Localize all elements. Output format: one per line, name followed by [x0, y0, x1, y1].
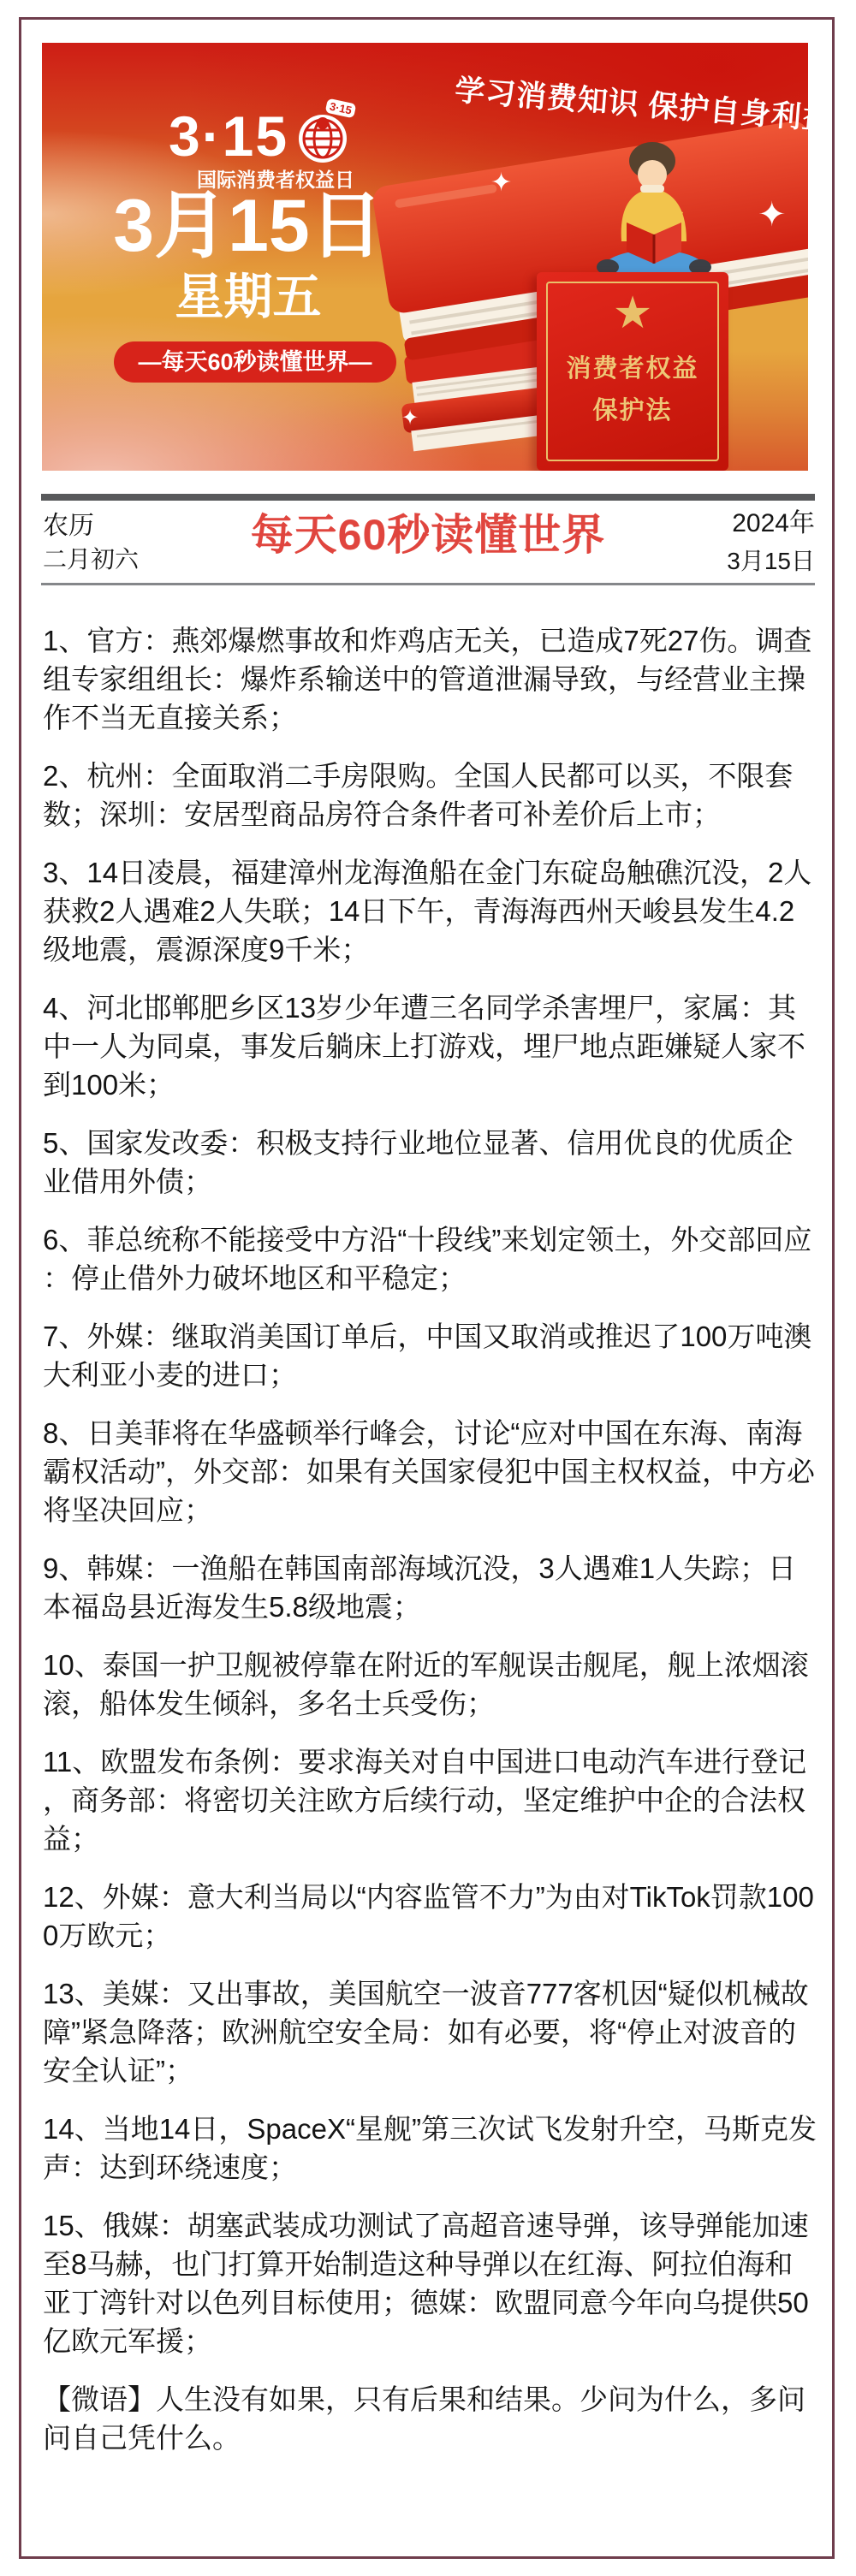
news-item-7: 7、外媒：继取消美国订单后，中国又取消或推迟了100万吨澳大利亚小麦的进口；: [43, 1317, 818, 1394]
news-list: 1、官方：燕郊爆燃事故和炸鸡店无关，已造成7死27伤。调查组专家组组长：爆炸系输…: [43, 621, 818, 2477]
315-logo: 3·15 3·15: [169, 108, 350, 164]
banner-tagline-pill: —每天60秒读懂世界—: [114, 341, 396, 383]
news-item-11: 11、欧盟发布条例：要求海关对自中国进口电动汽车进行登记，商务部：将密切关注欧方…: [43, 1742, 818, 1858]
news-item-9: 9、韩媒：一渔船在韩国南部海域沉没，3人遇难1人失踪；日本福岛县近海发生5.8级…: [43, 1549, 818, 1626]
year-label: 2024年: [732, 502, 815, 539]
daily-quote: 【微语】人生没有如果，只有后果和结果。少问为什么，多问问自己凭什么。: [43, 2380, 818, 2457]
date-label: 3月15日: [727, 543, 815, 577]
sparkle-icon: ✦: [490, 168, 512, 198]
band-bottom-rule: [41, 583, 815, 585]
news-item-2: 2、杭州：全面取消二手房限购。全国人民都可以买，不限套数；深圳：安居型商品房符合…: [43, 757, 818, 834]
banner: 学习消费知识 保护自身利益 3·15 3·15 国际消费者权益日 3月15日 星…: [42, 43, 808, 471]
news-item-10: 10、泰国一护卫舰被停靠在附近的军舰误击舰尾，舰上浓烟滚滚，船体发生倾斜，多名士…: [43, 1646, 818, 1723]
law-book-title-line2: 保护法: [537, 391, 728, 426]
news-item-1: 1、官方：燕郊爆燃事故和炸鸡店无关，已造成7死27伤。调查组专家组组长：爆炸系输…: [43, 621, 818, 737]
page-title: 每天60秒读懂世界: [41, 508, 815, 561]
news-item-13: 13、美媒：又出事故，美国航空一波音777客机因“疑似机械故障”紧急降落；欧洲航…: [43, 1974, 818, 2090]
news-item-3: 3、14日凌晨，福建漳州龙海渔船在金门东碇岛触礁沉没，2人获救2人遇难2人失联；…: [43, 853, 818, 969]
banner-date: 3月15日: [42, 187, 455, 265]
news-item-5: 5、国家发改委：积极支持行业地位显著、信用优良的优质企业借用外债；: [43, 1124, 818, 1201]
news-item-14: 14、当地14日，SpaceX“星舰”第三次试飞发射升空，马斯克发声：达到环绕速…: [43, 2110, 818, 2187]
news-item-12: 12、外媒：意大利当局以“内容监管不力”为由对TikTok罚款1000万欧元；: [43, 1878, 818, 1955]
news-item-4: 4、河北邯郸肥乡区13岁少年遭三名同学杀害埋尸，家属：其中一人为同桌，事发后躺床…: [43, 988, 818, 1104]
law-book-title-line1: 消费者权益: [537, 349, 728, 384]
news-item-6: 6、菲总统称不能接受中方沿“十段线”来划定领土，外交部回应：停止借外力破坏地区和…: [43, 1220, 818, 1297]
star-icon: ★: [537, 289, 728, 337]
consumer-law-book: ★ 消费者权益 保护法: [537, 272, 728, 471]
daily-60s-news-poster: 学习消费知识 保护自身利益 3·15 3·15 国际消费者权益日 3月15日 星…: [0, 0, 856, 2576]
sparkle-icon: ✦: [758, 195, 787, 234]
news-item-8: 8、日美菲将在华盛顿举行峰会，讨论“应对中国在东海、南海霸权活动”，外交部：如果…: [43, 1414, 818, 1529]
globe-icon: 3·15: [295, 110, 350, 164]
banner-weekday: 星期五: [42, 270, 455, 323]
news-item-15: 15、俄媒：胡塞武装成功测试了高超音速导弹，该导弹能加速至8马赫，也门打算开始制…: [43, 2206, 818, 2360]
315-logo-number: 3·15: [169, 108, 288, 164]
band-top-rule: [41, 494, 815, 501]
sparkle-icon: ✦: [401, 406, 419, 430]
